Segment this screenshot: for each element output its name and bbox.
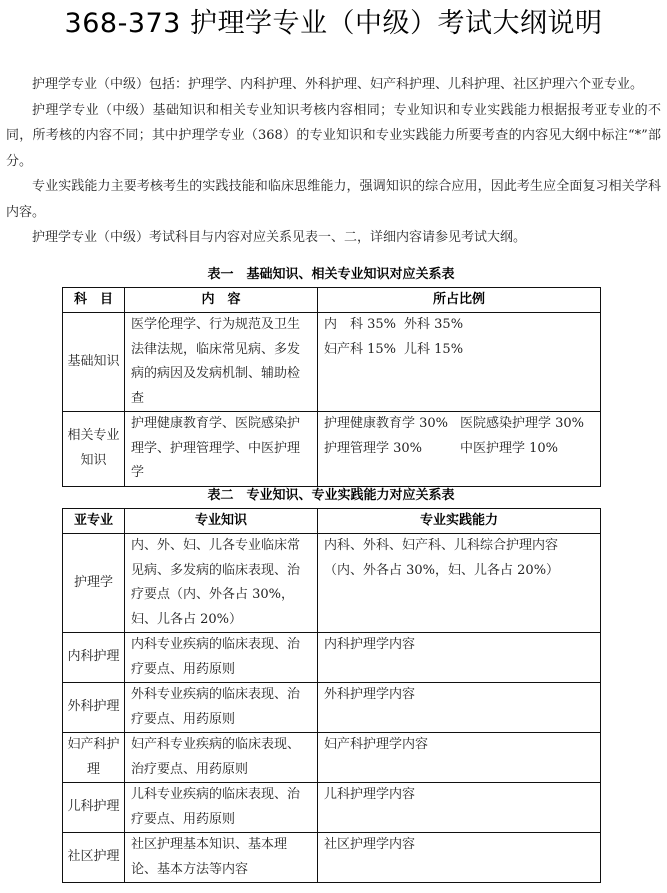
ratio-item: 护理管理学 30% bbox=[324, 437, 460, 462]
intro-text: 护理学专业（中级）包括：护理学、内科护理、外科护理、妇产科护理、儿科护理、社区护… bbox=[6, 72, 661, 251]
ratio-line: 护理管理学 30%中医护理学 10% bbox=[324, 437, 594, 462]
ratio-item: 外科 35% bbox=[404, 313, 463, 338]
table-header-row: 亚专业 专业知识 专业实践能力 bbox=[63, 509, 601, 534]
table1-basic-knowledge: 科 目 内 容 所占比例 基础知识 医学伦理学、行为规范及卫生法律法规，临床常见… bbox=[62, 287, 601, 487]
ratio-line: 护理健康教育学 30%医院感染护理学 30% bbox=[324, 412, 594, 437]
table-row: 相关专业知识 护理健康教育学、医院感染护理学、护理管理学、中医护理学 护理健康教… bbox=[63, 412, 601, 487]
ratio-item: 妇产科 15% bbox=[324, 338, 396, 363]
paragraph: 护理学专业（中级）考试科目与内容对应关系见表一、二，详细内容请参见考试大纲。 bbox=[6, 225, 661, 251]
column-header: 专业实践能力 bbox=[318, 509, 601, 534]
table-row: 妇产科护理 妇产科专业疾病的临床表现、治疗要点、用药原则 妇产科护理学内容 bbox=[63, 733, 601, 783]
knowledge-cell: 内、外、妇、儿各专业临床常见病、多发病的临床表现、治疗要点（内、外各占 30%，… bbox=[125, 534, 318, 633]
content-cell: 医学伦理学、行为规范及卫生法律法规，临床常见病、多发病的病因及发病机制、辅助检查 bbox=[125, 313, 318, 412]
subject-cell: 相关专业知识 bbox=[63, 412, 125, 487]
column-header: 专业知识 bbox=[125, 509, 318, 534]
subspecialty-cell: 儿科护理 bbox=[63, 783, 125, 833]
table1-caption: 表一 基础知识、相关专业知识对应关系表 bbox=[62, 266, 600, 284]
subspecialty-cell: 外科护理 bbox=[63, 683, 125, 733]
subspecialty-cell: 社区护理 bbox=[63, 833, 125, 883]
column-header: 内 容 bbox=[125, 288, 318, 313]
ratio-item: 医院感染护理学 30% bbox=[460, 412, 584, 437]
column-header: 科 目 bbox=[63, 288, 125, 313]
table2-caption: 表二 专业知识、专业实践能力对应关系表 bbox=[62, 487, 600, 505]
knowledge-cell: 妇产科专业疾病的临床表现、治疗要点、用药原则 bbox=[125, 733, 318, 783]
subspecialty-cell: 妇产科护理 bbox=[63, 733, 125, 783]
table-row: 社区护理 社区护理基本知识、基本理论、基本方法等内容 社区护理学内容 bbox=[63, 833, 601, 883]
practice-cell: 妇产科护理学内容 bbox=[318, 733, 601, 783]
subject-cell: 基础知识 bbox=[63, 313, 125, 412]
content-cell: 护理健康教育学、医院感染护理学、护理管理学、中医护理学 bbox=[125, 412, 318, 487]
ratio-item: 内 科 35% bbox=[324, 313, 396, 338]
knowledge-cell: 外科专业疾病的临床表现、治疗要点、用药原则 bbox=[125, 683, 318, 733]
column-header: 所占比例 bbox=[318, 288, 601, 313]
practice-cell: 外科护理学内容 bbox=[318, 683, 601, 733]
page-title: 368-373 护理学专业（中级）考试大纲说明 bbox=[0, 6, 667, 42]
ratio-item: 中医护理学 10% bbox=[460, 437, 558, 462]
table-row: 内科护理 内科专业疾病的临床表现、治疗要点、用药原则 内科护理学内容 bbox=[63, 633, 601, 683]
practice-cell: 内科护理学内容 bbox=[318, 633, 601, 683]
paragraph: 护理学专业（中级）基础知识和相关专业知识考核内容相同；专业知识和专业实践能力根据… bbox=[6, 98, 661, 175]
ratio-cell: 护理健康教育学 30%医院感染护理学 30% 护理管理学 30%中医护理学 10… bbox=[318, 412, 601, 487]
table-header-row: 科 目 内 容 所占比例 bbox=[63, 288, 601, 313]
table2-professional-knowledge: 亚专业 专业知识 专业实践能力 护理学 内、外、妇、儿各专业临床常见病、多发病的… bbox=[62, 508, 601, 883]
table-row: 护理学 内、外、妇、儿各专业临床常见病、多发病的临床表现、治疗要点（内、外各占 … bbox=[63, 534, 601, 633]
practice-cell: 社区护理学内容 bbox=[318, 833, 601, 883]
subspecialty-cell: 护理学 bbox=[63, 534, 125, 633]
ratio-cell: 内 科 35%外科 35% 妇产科 15%儿科 15% bbox=[318, 313, 601, 412]
knowledge-cell: 儿科专业疾病的临床表现、治疗要点、用药原则 bbox=[125, 783, 318, 833]
ratio-line: 妇产科 15%儿科 15% bbox=[324, 338, 594, 363]
table-row: 基础知识 医学伦理学、行为规范及卫生法律法规，临床常见病、多发病的病因及发病机制… bbox=[63, 313, 601, 412]
table-row: 儿科护理 儿科专业疾病的临床表现、治疗要点、用药原则 儿科护理学内容 bbox=[63, 783, 601, 833]
column-header: 亚专业 bbox=[63, 509, 125, 534]
practice-cell: 内科、外科、妇产科、儿科综合护理内容（内、外各占 30%，妇、儿各占 20%） bbox=[318, 534, 601, 633]
table-row: 外科护理 外科专业疾病的临床表现、治疗要点、用药原则 外科护理学内容 bbox=[63, 683, 601, 733]
ratio-item: 儿科 15% bbox=[404, 338, 463, 363]
paragraph: 专业实践能力主要考核考生的实践技能和临床思维能力，强调知识的综合应用，因此考生应… bbox=[6, 174, 661, 225]
ratio-line: 内 科 35%外科 35% bbox=[324, 313, 594, 338]
paragraph: 护理学专业（中级）包括：护理学、内科护理、外科护理、妇产科护理、儿科护理、社区护… bbox=[6, 72, 661, 98]
practice-cell: 儿科护理学内容 bbox=[318, 783, 601, 833]
knowledge-cell: 社区护理基本知识、基本理论、基本方法等内容 bbox=[125, 833, 318, 883]
subspecialty-cell: 内科护理 bbox=[63, 633, 125, 683]
ratio-item: 护理健康教育学 30% bbox=[324, 412, 460, 437]
knowledge-cell: 内科专业疾病的临床表现、治疗要点、用药原则 bbox=[125, 633, 318, 683]
